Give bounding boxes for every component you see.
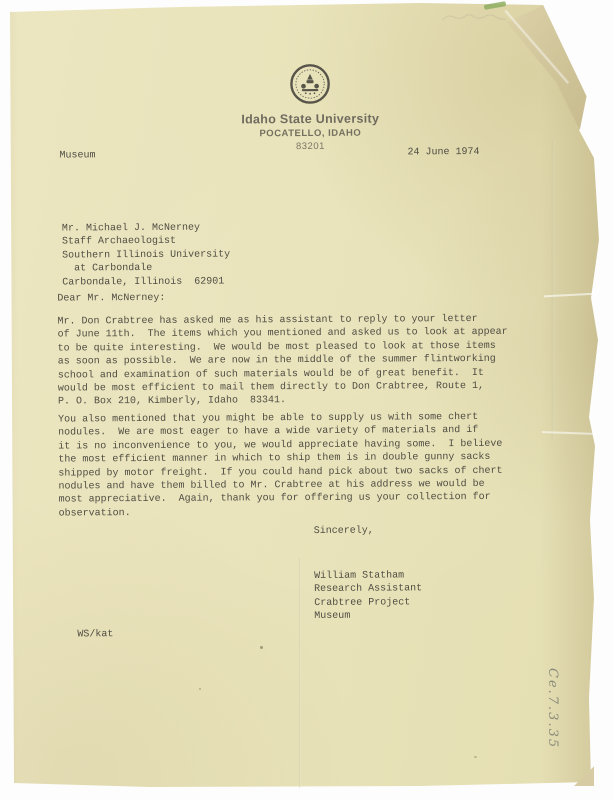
handwritten-catalog-number: Ce.7.3.35	[545, 668, 560, 749]
text-line: Southern Illinois University	[62, 248, 230, 262]
text-line: Museum	[314, 610, 422, 624]
text-line: Carbondale, Illinois 62901	[62, 275, 230, 289]
department-label: Museum	[59, 149, 95, 163]
text-line: most appreciative. Again, thank you for …	[59, 491, 503, 507]
recipient-address: Mr. Michael J. McNerneyStaff Archaeologi…	[62, 221, 230, 289]
body-paragraph-2: You also mentioned that you might be abl…	[58, 411, 503, 521]
text-line: Staff Archaeologist	[62, 235, 230, 249]
university-city: POCATELLO, IDAHO	[160, 127, 460, 140]
body-paragraph-1: Mr. Don Crabtree has asked me as his ass…	[57, 313, 508, 410]
university-name: Idaho State University	[160, 111, 460, 127]
salutation: Dear Mr. McNerney:	[57, 292, 165, 306]
signature-block: William StathamResearch AssistantCrabtre…	[314, 569, 422, 623]
closing: Sincerely,	[314, 525, 374, 539]
text-line: Crabtree Project	[314, 596, 422, 610]
text-line: P. O. Box 210, Kimberly, Idaho 83341.	[58, 393, 508, 409]
typist-initials: WS/kat	[77, 628, 113, 642]
text-line: Mr. Michael J. McNerney	[62, 221, 230, 235]
letter-date: 24 June 1974	[407, 146, 479, 160]
text-line: Research Assistant	[314, 583, 422, 597]
letter-content: Idaho State University POCATELLO, IDAHO …	[0, 0, 614, 800]
letterhead: Idaho State University POCATELLO, IDAHO …	[160, 61, 461, 153]
text-line: observation.	[59, 505, 503, 521]
text-line: William Statham	[314, 569, 422, 583]
text-line: at Carbondale	[62, 262, 230, 276]
university-seal-icon	[289, 62, 331, 106]
